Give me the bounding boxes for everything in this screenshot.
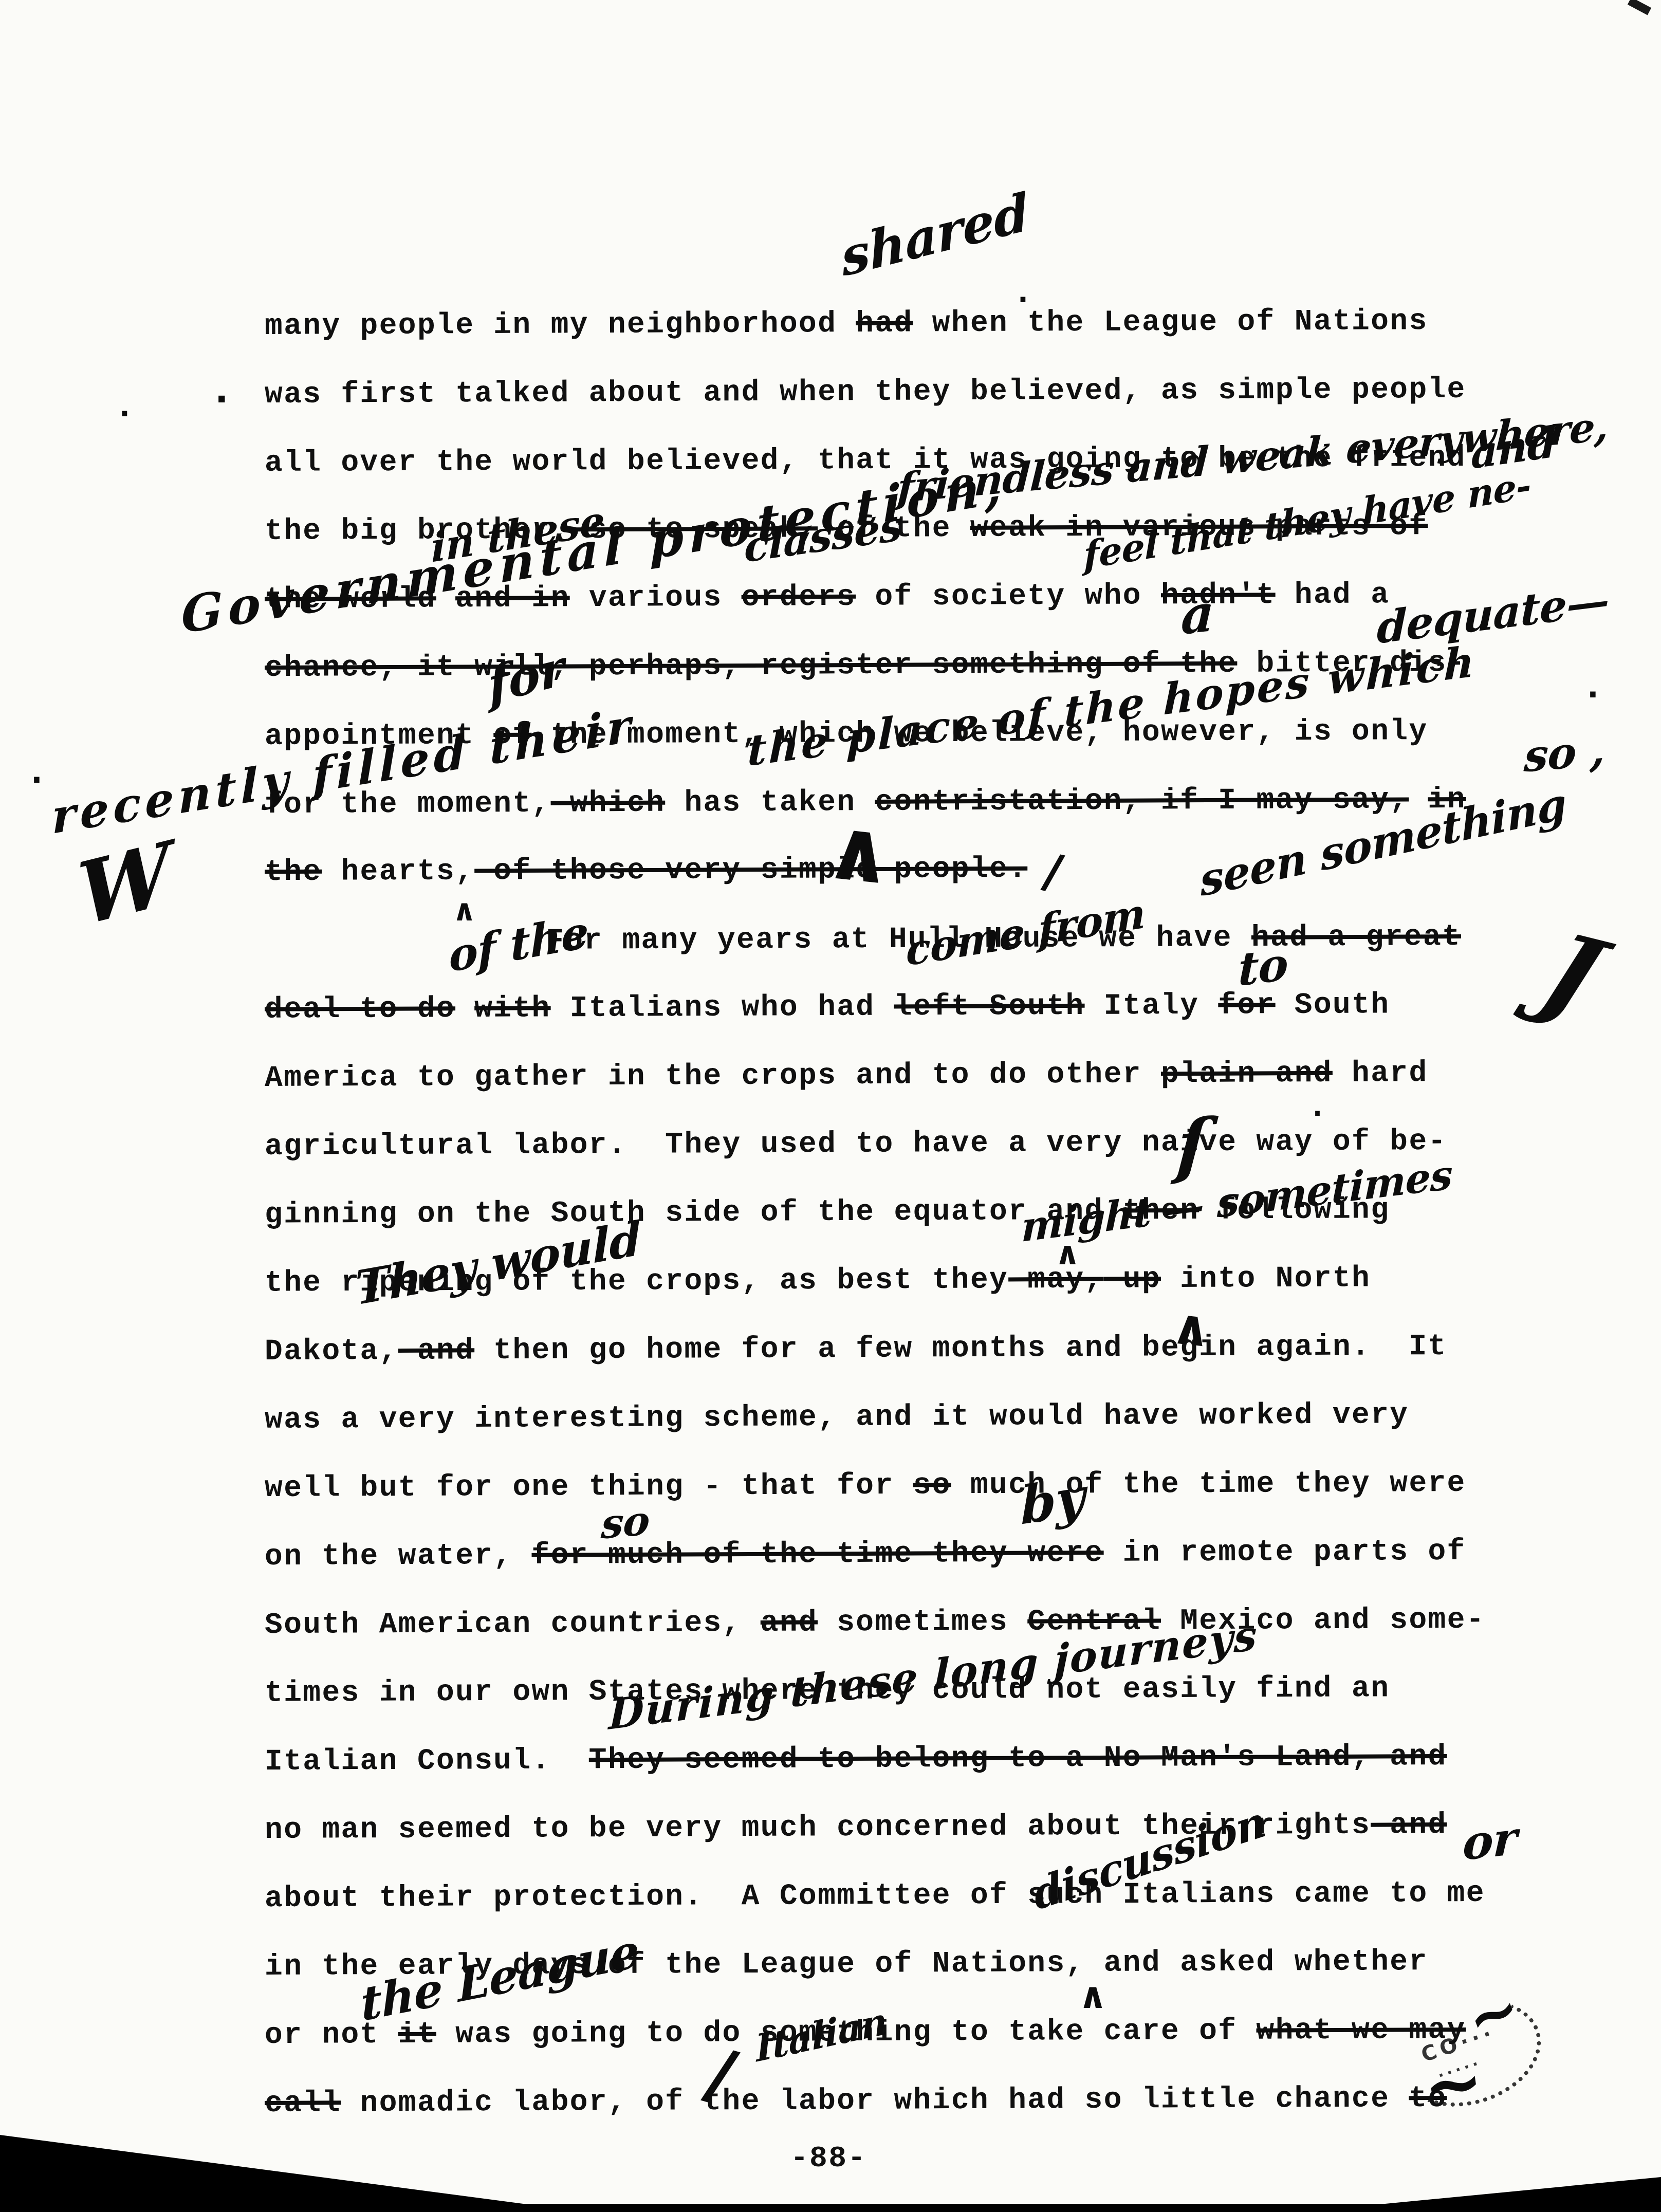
struck-text: and <box>1371 1809 1447 1842</box>
struck-text: deal to do <box>265 992 455 1027</box>
handwritten-mark: · <box>31 765 43 796</box>
typed-text: about their protection. A Committee of s… <box>265 1877 1485 1915</box>
typed-text: agricultural labor. They used to have a … <box>265 1125 1447 1164</box>
manuscript-page: many people in my neighborhood had when … <box>0 0 1661 2212</box>
typed-text: hard <box>1333 1057 1428 1091</box>
scan-artifact-speck <box>1628 0 1651 15</box>
handwritten-note: come from <box>906 892 1146 971</box>
typed-line: the hearts, of those very simple people. <box>265 853 1028 889</box>
struck-text: plain and <box>1161 1057 1333 1091</box>
typed-text: Italian Consul. <box>265 1744 589 1779</box>
typed-text: in remote parts of <box>1104 1535 1466 1570</box>
struck-text: up <box>1104 1263 1161 1296</box>
handwritten-note: so <box>600 1501 651 1545</box>
handwritten-note: the League <box>360 1927 640 2028</box>
typed-line: deal to do with Italians who had left So… <box>265 988 1390 1027</box>
typed-text: nomadic labor, of the labor which had so… <box>341 2082 1409 2120</box>
handwritten-note: dequate— <box>1377 578 1610 650</box>
struck-text: They seemed to belong to a No Man's Land… <box>589 1740 1447 1777</box>
handwritten-note: so , <box>1523 728 1607 778</box>
typed-line: on the water, for much of the time they … <box>265 1535 1466 1574</box>
typed-line: many people in my neighborhood had when … <box>265 305 1428 343</box>
typed-text: when the League of Nations <box>913 305 1428 340</box>
handwritten-mark: ∧ <box>821 806 898 897</box>
typed-text: well but for one thing - that for <box>265 1469 913 1506</box>
typed-text: hearts, <box>322 855 474 889</box>
typed-text: America to gather in the crops and to do… <box>265 1058 1161 1095</box>
handwritten-mark: · <box>119 400 130 428</box>
handwritten-note: W <box>75 830 175 938</box>
struck-text: which <box>550 787 665 821</box>
typed-text: sometimes <box>818 1606 1027 1640</box>
scan-artifact-corner-bottom-left <box>0 2135 586 2212</box>
page-number: -88- <box>790 2142 866 2176</box>
typed-line: Italian Consul. They seemed to belong to… <box>265 1740 1447 1779</box>
typed-text: had a <box>1275 578 1390 612</box>
struck-text: the <box>265 856 322 889</box>
typed-text: Italy <box>1084 989 1218 1023</box>
struck-text: so <box>913 1469 951 1502</box>
struck-text: and <box>398 1334 475 1368</box>
typed-text: Italians who had <box>550 990 894 1025</box>
struck-text: contristation, if I may say, <box>875 783 1409 819</box>
handwritten-mark: · <box>1018 286 1028 314</box>
typed-text: of society who <box>856 579 1161 614</box>
typed-line: was first talked about and when they bel… <box>265 373 1466 412</box>
struck-text: orders <box>742 581 856 615</box>
stamp-ring <box>1385 1982 1555 2124</box>
typed-line: America to gather in the crops and to do… <box>265 1057 1428 1095</box>
handwritten-mark: · <box>1313 1101 1322 1127</box>
typed-line: about their protection. A Committee of s… <box>265 1877 1485 1915</box>
typed-line: no man seemed to be very much concerned … <box>265 1809 1447 1847</box>
struck-text: left South <box>894 990 1084 1024</box>
handwritten-mark: / <box>1040 847 1066 897</box>
struck-text: of those very simple people. <box>474 853 1027 889</box>
struck-text: hadn't <box>1161 579 1276 613</box>
typed-line: well but for one thing - that for so muc… <box>265 1467 1466 1505</box>
typed-text: For many years at Hull House we have <box>546 921 1251 958</box>
handwritten-note: shared <box>839 186 1030 284</box>
handwritten-note: to <box>1238 941 1288 992</box>
handwritten-note: ſ <box>1174 1109 1208 1181</box>
typed-line: agricultural labor. They used to have a … <box>265 1125 1447 1164</box>
struck-text: and <box>761 1606 818 1639</box>
typed-text: ginning on the South side of the equator… <box>265 1194 1123 1231</box>
handwritten-note: or <box>1462 1815 1518 1867</box>
handwritten-note: might — sometimes <box>1021 1155 1453 1248</box>
handwritten-note: Italian <box>754 2002 888 2068</box>
handwritten-mark: · <box>1587 679 1599 710</box>
typed-text: into North <box>1161 1262 1371 1296</box>
struck-text: chance, it will, perhaps, register somet… <box>265 648 1238 685</box>
typed-text: many people in my neighborhood <box>265 307 856 343</box>
typed-line: call nomadic labor, of the labor which h… <box>265 2082 1447 2121</box>
typed-line: was a very interesting scheme, and it wo… <box>265 1398 1409 1437</box>
typed-line: South American countries, and sometimes … <box>265 1603 1485 1642</box>
struck-text: call <box>265 2087 341 2121</box>
typed-text <box>455 992 474 1026</box>
typed-text: on the water, <box>265 1539 532 1574</box>
struck-text: with <box>474 992 551 1026</box>
handwritten-note: a <box>1180 586 1214 642</box>
typed-text: was a very interesting scheme, and it wo… <box>265 1398 1409 1437</box>
handwritten-mark: ∧ <box>1078 1978 1108 2014</box>
handwritten-mark: ∧ <box>1169 1301 1214 1355</box>
typed-line: Dakota, and then go home for a few month… <box>265 1330 1447 1369</box>
handwritten-note: J <box>1529 920 1615 1028</box>
handwritten-note: by <box>1020 1470 1085 1532</box>
handwritten-mark: · <box>215 381 229 417</box>
typed-text: South <box>1276 988 1390 1022</box>
typed-text: then go home for a few months and begin … <box>474 1330 1447 1368</box>
typed-text: Dakota, <box>265 1335 398 1369</box>
handwritten-mark: ∧ <box>452 895 476 925</box>
struck-text: had <box>856 307 913 340</box>
collection-stamp: CO··· ····· <box>1385 1982 1555 2124</box>
typed-text: various <box>570 581 742 615</box>
typed-text: South American countries, <box>265 1607 761 1642</box>
typed-text: was first talked about and when they bel… <box>265 373 1466 412</box>
